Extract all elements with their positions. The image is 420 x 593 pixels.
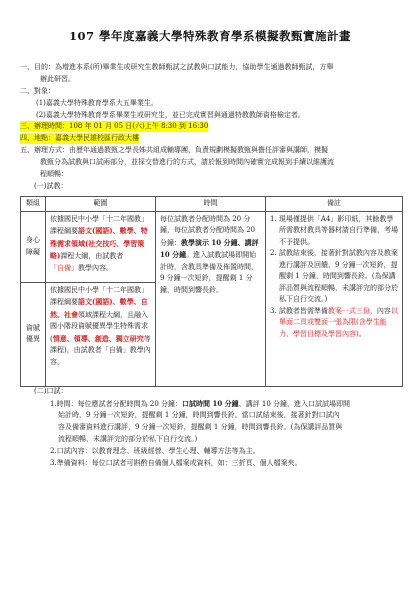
target-heading: 二、對象： [20,86,55,97]
group-cell: 資賦優異 [21,282,46,386]
oral-item-1-line-4: 流程順暢，未講評完的部分於私下自行交流。) [58,434,197,445]
time-cell: 每位試教者分配時間為 20 分鐘，每位試教者分配時間為 20 分鐘：教學演示 1… [156,211,266,386]
header-group: 類組 [21,197,46,212]
trial-teaching-heading: (一)試教： [34,181,67,192]
scope-cell: 依據國民中小學「十二年國教」課程綱要語文(國語)、數學、特殊需求領域(社交技巧、… [46,211,156,282]
purpose-line-1: 一、目的：為增進本系(所)畢業生或研究生教師甄試之試教與口試能力，協助學生通過教… [20,62,333,73]
header-scope: 範圍 [46,197,156,212]
table-row: 身心障礙 依據國民中小學「十二年國教」課程綱要語文(國語)、數學、特殊需求領域(… [21,211,403,282]
purpose-line-2: 辦此研習。 [40,74,75,85]
target-item-2: (2)嘉義大學特殊教育學系畢業生或研究生，並已完成實習與通過特教教師資格檢定者。 [36,110,305,121]
scope-cell: 依據國民中小學「十二年國教」課程綱要語文(國語)、數學、自然、社會領域課程大綱，… [46,282,156,386]
table-header-row: 類組 範圍 時間 備註 [21,197,403,212]
oral-item-2: 2.口試內容：以教育理念、班級經營、學生心理、輔導方法等為主。 [50,446,260,457]
target-item-1: (1)嘉義大學特殊教育學系大五畢業生。 [36,98,158,109]
method-line-3: 程順暢： [40,169,68,180]
remarks-cell: 1. 現場僅提供「A4」影印紙，其餘教學所需教材教具等器材請自行準備，考場不予提… [266,211,403,386]
group-cell: 身心障礙 [21,211,46,282]
trial-teaching-table: 類組 範圍 時間 備註 身心障礙 依據國民中小學「十二年國教」課程綱要語文(國語… [20,196,403,387]
document-title: 107 學年度嘉義大學特殊教育學系模擬教甄實施計畫 [0,28,420,44]
oral-exam-heading: (二)口試： [34,386,67,397]
remark-item: 2. 試教結束後，接著針對試教內容及教案進行講評及回饋，9 分鐘一次短鈴，提醒剩… [270,248,398,306]
oral-item-1-line-3: 容及備審資料進行講評，9 分鐘一次短鈴，提醒剩 1 分鐘，時間到響長鈴。(為保講… [58,422,342,433]
document-page: 107 學年度嘉義大學特殊教育學系模擬教甄實施計畫 一、目的：為增進本系(所)畢… [0,0,420,593]
remark-item: 1. 現場僅提供「A4」影印紙，其餘教學所需教材教具等器材請自行準備，考場不予提… [270,214,398,249]
method-line-1: 五、辦理方式：由歷年通過教甄之學長姊共組成輔導團，負責規劃模擬教甄與擔任評審與講… [20,145,328,156]
method-line-2: 教甄分為試教與口試兩部分，並採交替進行的方式，請於報到時間內確實完成報到手續以維… [40,157,334,168]
event-time: 三、辦理時間：108 年 01 月 05 日(六)上午 8:30 到 16:30 [20,121,208,132]
oral-item-1-line-2: 始計時，9 分鐘一次短鈴，提醒剩 1 分鐘，時間到響長鈴。當口試結束後，接著針對… [58,410,340,421]
remark-item: 3. 試教者皆需準備教案一式三份，內容以單面二頁或雙面一張為限(含學生能力、學習… [270,306,398,341]
header-time: 時間 [156,197,266,212]
event-place: 四、地點：嘉義大學民雄校區行政大樓 [20,133,139,144]
oral-item-3: 3.準備資料：每位口試者可斟酌自備個人檔案或資料，如：三折頁、個人檔案夾。 [50,458,302,469]
oral-item-1-line-1: 1.時間：每位應試者分配時間為 20 分鐘：口試時間 10 分鐘、講評 10 分… [50,398,350,410]
header-remarks: 備註 [266,197,403,212]
